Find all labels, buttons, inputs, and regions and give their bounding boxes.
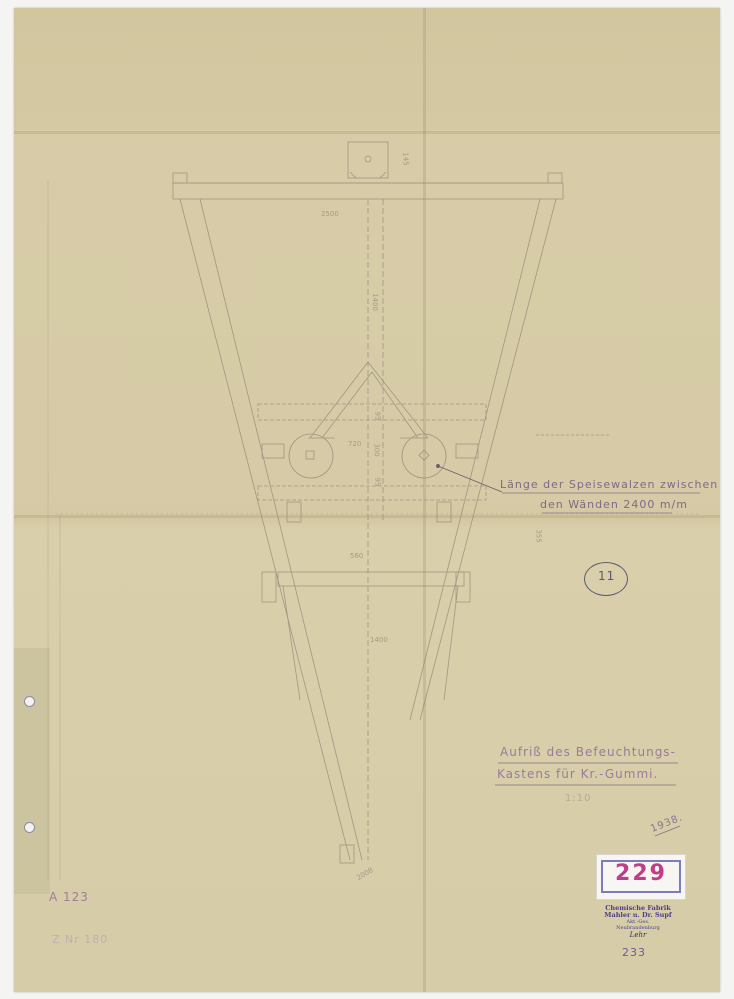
drawing-title-line1: Aufriß des Befeuchtungs- <box>500 745 676 759</box>
reference-a: A 123 <box>49 890 89 904</box>
roller-length-annotation-line1: Länge der Speisewalzen zwischen <box>500 478 718 491</box>
dimension-inner-height: 300 <box>373 443 381 456</box>
label-number: 229 <box>597 861 685 886</box>
dimension-offset-b: 95 <box>373 478 381 487</box>
reference-z: Z Nr 180 <box>52 933 108 946</box>
roller-length-annotation-line2: den Wänden 2400 m/m <box>540 498 688 511</box>
dimension-top-width: 2500 <box>321 210 339 218</box>
drawing-scale: 1:10 <box>565 793 591 804</box>
dimension-offset-a: 95 <box>373 412 381 421</box>
dimension-top-height: 145 <box>402 152 410 165</box>
dimension-lower-height: 1400 <box>370 636 388 644</box>
sheet-number: 11 <box>598 569 615 583</box>
archive-label-card: 229 <box>596 854 686 900</box>
drawing-title-line2: Kastens für Kr.-Gummi. <box>497 767 658 781</box>
dimension-side: 355 <box>535 529 543 542</box>
dimension-lower-width: 560 <box>350 552 363 560</box>
archive-number: 233 <box>622 946 646 959</box>
stamp-signature: Lehr <box>603 931 673 939</box>
dimension-inner-width: 720 <box>348 440 361 448</box>
dimension-center-height: 1400 <box>371 293 379 311</box>
company-stamp: Chemische Fabrik Mahler u. Dr. Supf Akt.… <box>603 905 673 939</box>
